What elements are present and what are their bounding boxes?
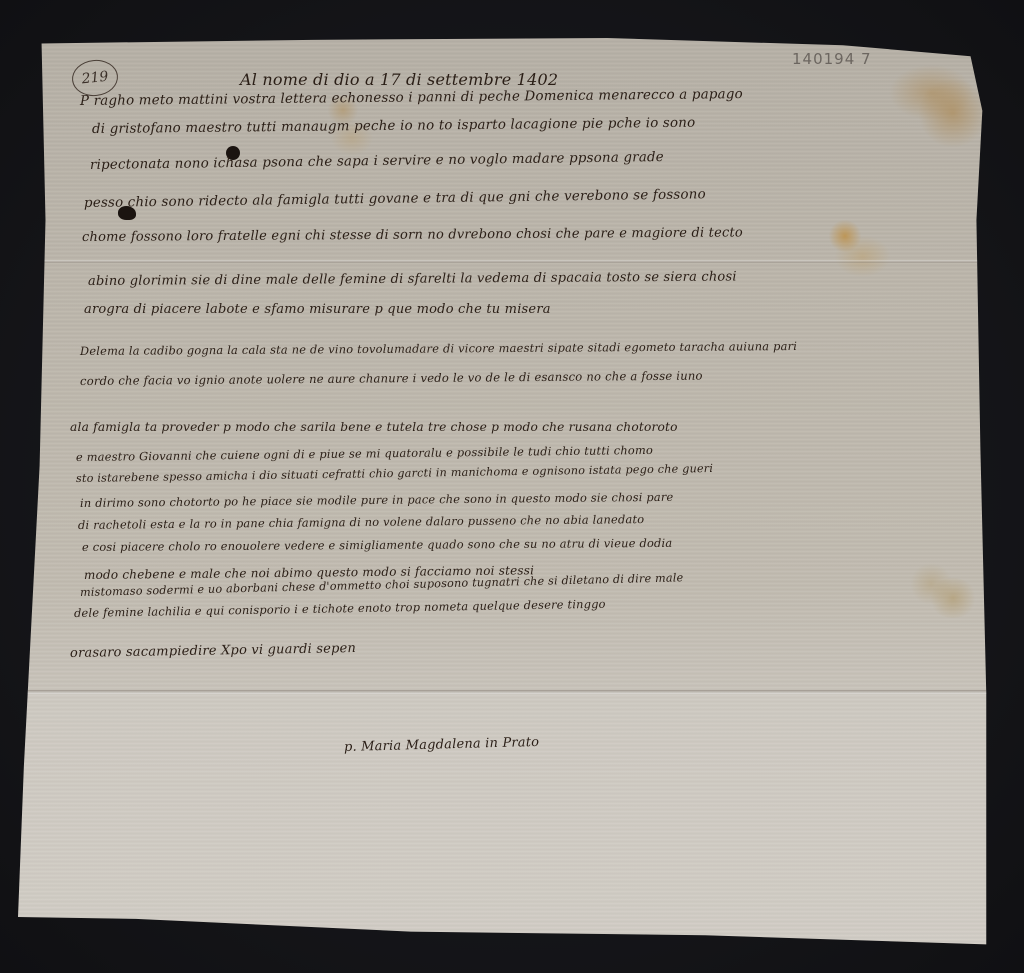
water-stain — [928, 578, 978, 618]
letter-heading: Al nome di dio a 17 di settembre 1402 — [240, 70, 558, 89]
letter-line: arogra di piacere labote e sfamo misurar… — [84, 302, 551, 317]
folded-lower-panel — [18, 694, 1000, 954]
photo-stage: 219 140194 7 Al nome di dio a 17 di sett… — [0, 0, 1024, 973]
water-stain — [828, 220, 862, 252]
letter-line: ala famigla ta proveder p modo che saril… — [70, 420, 678, 434]
fold-crease — [18, 260, 1000, 263]
folio-number: 219 — [81, 69, 109, 88]
archive-number: 140194 7 — [792, 50, 872, 68]
water-stain — [918, 78, 988, 148]
fold-crease — [18, 690, 1000, 694]
